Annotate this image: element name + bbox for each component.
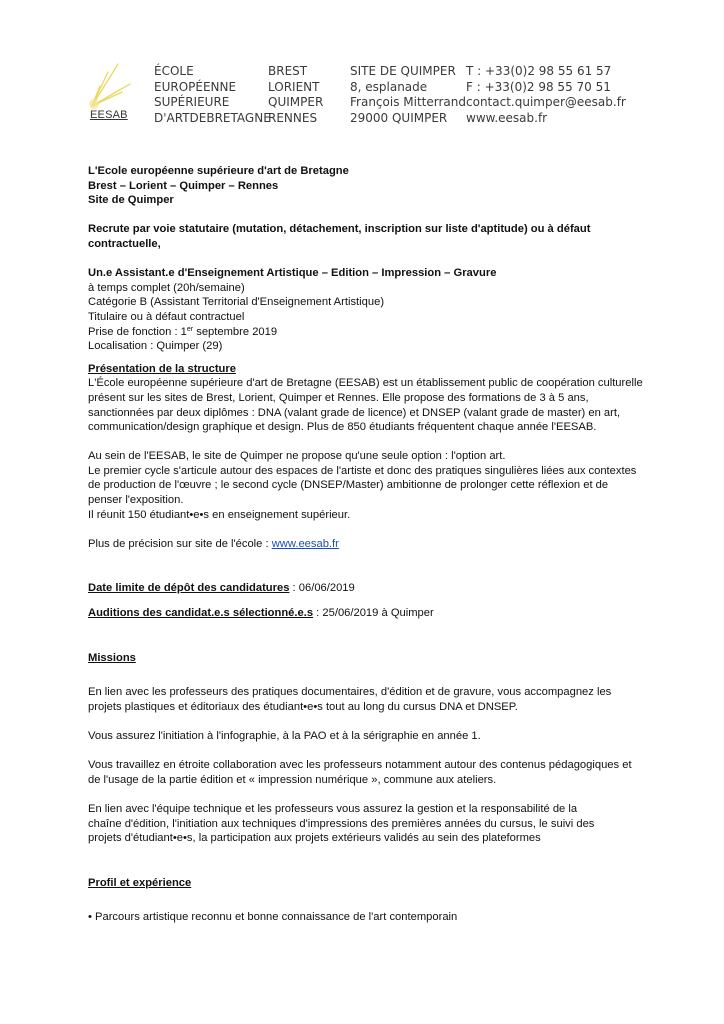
contact-info: T : +33(0)2 98 55 61 57 F : +33(0)2 98 5…	[466, 64, 626, 126]
phone: T : +33(0)2 98 55 61 57	[466, 64, 626, 80]
cities-list: BREST LORIENT QUIMPER RENNES	[268, 64, 323, 126]
structure-para2-line1: Au sein de l'EESAB, le site de Quimper n…	[88, 449, 648, 464]
structure-para2-line2: Le premier cycle s'articule autour des e…	[88, 464, 643, 508]
profile-item: • Parcours artistique reconnu et bonne c…	[88, 910, 648, 925]
position-start: Prise de fonction : 1er septembre 2019	[88, 325, 648, 340]
mission-paragraph: En lien avec les professeurs des pratiqu…	[88, 685, 643, 714]
position-time: à temps complet (20h/semaine)	[88, 281, 648, 296]
structure-para1: L'École européenne supérieure d'art de B…	[88, 376, 643, 434]
sunburst-icon	[88, 62, 148, 112]
address-line: SITE DE QUIMPER	[350, 64, 466, 80]
position-status: Titulaire ou à défaut contractuel	[88, 310, 648, 325]
mission-paragraph: Vous assurez l'initiation à l'infographi…	[88, 729, 648, 744]
start-prefix: Prise de fonction : 1	[88, 326, 187, 338]
mission-paragraph: Vous travaillez en étroite collaboration…	[88, 758, 643, 787]
address-line: 8, esplanade	[350, 80, 466, 96]
fax: F : +33(0)2 98 55 70 51	[466, 80, 626, 96]
mission-paragraph: En lien avec l'équipe technique et les p…	[88, 802, 608, 846]
more-info-label: Plus de précision sur site de l'école :	[88, 538, 272, 550]
letterhead: EESAB ÉCOLE EUROPÉENNE SUPÉRIEURE D'ARTD…	[88, 62, 648, 132]
auditions-label: Auditions des candidat.e.s sélectionné.e…	[88, 607, 313, 619]
org-name: L'Ecole européenne supérieure d'art de B…	[88, 164, 648, 179]
auditions: Auditions des candidat.e.s sélectionné.e…	[88, 606, 648, 621]
city: LORIENT	[268, 80, 323, 96]
logo-wordmark: EESAB	[90, 109, 128, 121]
address-line: François Mitterrand	[350, 95, 466, 111]
structure-heading: Présentation de la structure	[88, 362, 648, 377]
recruit-statement: Recrute par voie statutaire (mutation, d…	[88, 222, 608, 251]
position-title: Un.e Assistant.e d'Enseignement Artistiq…	[88, 266, 648, 281]
position-location: Localisation : Quimper (29)	[88, 339, 648, 354]
profile-heading: Profil et expérience	[88, 876, 648, 891]
document-body: L'Ecole européenne supérieure d'art de B…	[88, 164, 648, 925]
school-line: ÉCOLE	[154, 64, 271, 80]
city: BREST	[268, 64, 323, 80]
site-address: SITE DE QUIMPER 8, esplanade François Mi…	[350, 64, 466, 126]
school-line: SUPÉRIEURE	[154, 95, 271, 111]
auditions-value: : 25/06/2019 à Quimper	[313, 607, 434, 619]
org-site: Site de Quimper	[88, 193, 648, 208]
address-line: 29000 QUIMPER	[350, 111, 466, 127]
eesab-website-link[interactable]: www.eesab.fr	[272, 538, 339, 550]
website-link[interactable]: www.eesab.fr	[466, 111, 626, 127]
more-info: Plus de précision sur site de l'école : …	[88, 537, 648, 552]
position-category: Catégorie B (Assistant Territorial d'Ens…	[88, 295, 648, 310]
start-suffix: septembre 2019	[193, 326, 277, 338]
school-name: ÉCOLE EUROPÉENNE SUPÉRIEURE D'ARTDEBRETA…	[154, 64, 271, 126]
deadline: Date limite de dépôt des candidatures : …	[88, 581, 648, 596]
city: RENNES	[268, 111, 323, 127]
deadline-label: Date limite de dépôt des candidatures	[88, 582, 289, 594]
missions-heading: Missions	[88, 651, 648, 666]
school-line: D'ARTDEBRETAGNE	[154, 111, 271, 127]
eesab-logo: EESAB	[88, 62, 148, 128]
deadline-value: : 06/06/2019	[289, 582, 354, 594]
city: QUIMPER	[268, 95, 323, 111]
email-link[interactable]: contact.quimper@eesab.fr	[466, 95, 626, 111]
school-line: EUROPÉENNE	[154, 80, 271, 96]
org-sites: Brest – Lorient – Quimper – Rennes	[88, 179, 648, 194]
structure-para2-line3: Il réunit 150 étudiant•e•s en enseigneme…	[88, 508, 648, 523]
